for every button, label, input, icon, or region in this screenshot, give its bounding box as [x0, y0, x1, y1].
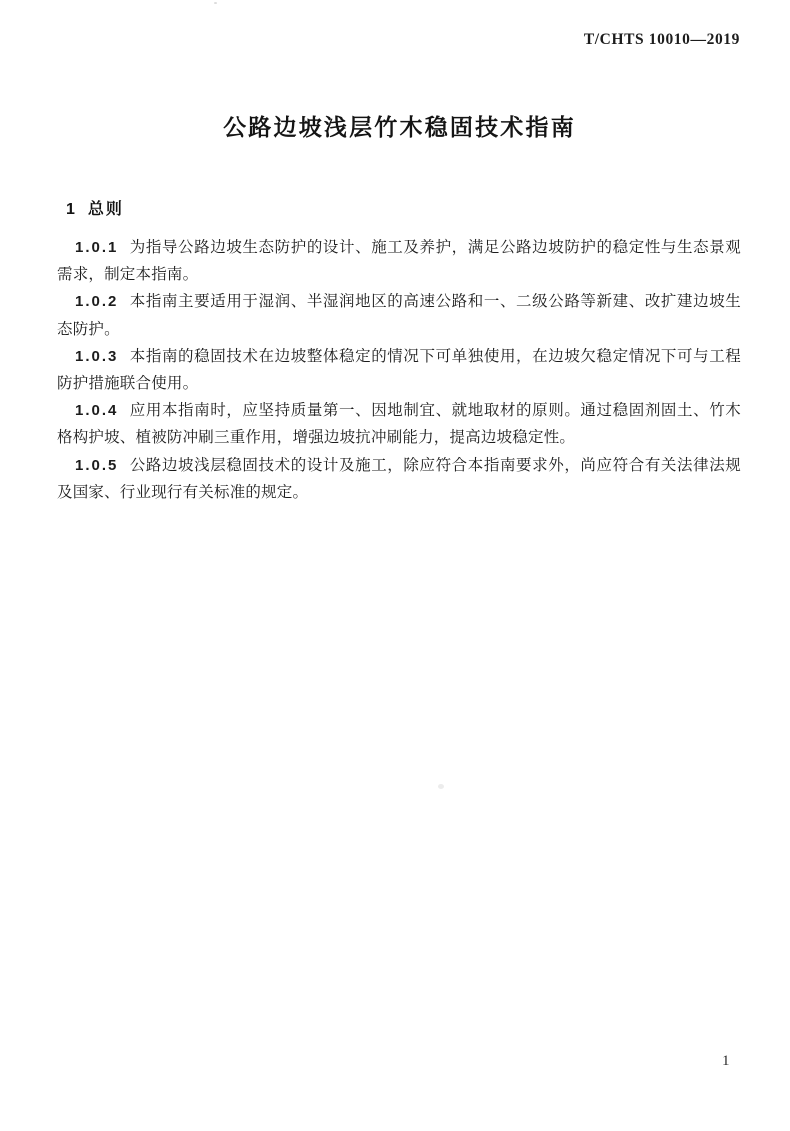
clause-text: 应用本指南时，应坚持质量第一、因地制宜、就地取材的原则。通过稳固剂固土、竹木格构…	[57, 402, 741, 446]
clause-item: 1.0.4应用本指南时，应坚持质量第一、因地制宜、就地取材的原则。通过稳固剂固土…	[57, 397, 741, 451]
clause-text: 本指南主要适用于湿润、半湿润地区的高速公路和一、二级公路等新建、改扩建边坡生态防…	[57, 293, 741, 337]
clause-number: 1.0.2	[75, 293, 118, 310]
clause-number: 1.0.4	[75, 402, 118, 419]
clause-number: 1.0.1	[75, 239, 118, 256]
clause-item: 1.0.3本指南的稳固技术在边坡整体稳定的情况下可单独使用，在边坡欠稳定情况下可…	[57, 343, 741, 397]
document-title: 公路边坡浅层竹木稳固技术指南	[9, 109, 790, 142]
clause-text: 公路边坡浅层稳固技术的设计及施工，除应符合本指南要求外，尚应符合有关法律法规及国…	[57, 457, 741, 501]
clause-text: 为指导公路边坡生态防护的设计、施工及养护，满足公路边坡防护的稳定性与生态景观需求…	[57, 239, 741, 283]
clause-number: 1.0.5	[75, 457, 118, 474]
clause-text: 本指南的稳固技术在边坡整体稳定的情况下可单独使用，在边坡欠稳定情况下可与工程防护…	[57, 348, 741, 392]
section-number: 1	[66, 201, 75, 218]
clause-item: 1.0.5公路边坡浅层稳固技术的设计及施工，除应符合本指南要求外，尚应符合有关法…	[57, 452, 741, 506]
page-number: 1	[722, 1053, 730, 1070]
scan-artifact	[214, 2, 217, 4]
section-heading: 1总则	[66, 196, 124, 219]
clause-list: 1.0.1为指导公路边坡生态防护的设计、施工及养护，满足公路边坡防护的稳定性与生…	[57, 234, 741, 506]
clause-item: 1.0.1为指导公路边坡生态防护的设计、施工及养护，满足公路边坡防护的稳定性与生…	[57, 234, 741, 288]
doc-number: T/CHTS 10010—2019	[584, 31, 740, 49]
clause-item: 1.0.2本指南主要适用于湿润、半湿润地区的高速公路和一、二级公路等新建、改扩建…	[57, 288, 741, 342]
clause-number: 1.0.3	[75, 348, 118, 365]
scan-artifact	[438, 784, 444, 789]
section-title: 总则	[88, 201, 124, 218]
document-page: T/CHTS 10010—2019 公路边坡浅层竹木稳固技术指南 1总则 1.0…	[0, 0, 790, 1131]
